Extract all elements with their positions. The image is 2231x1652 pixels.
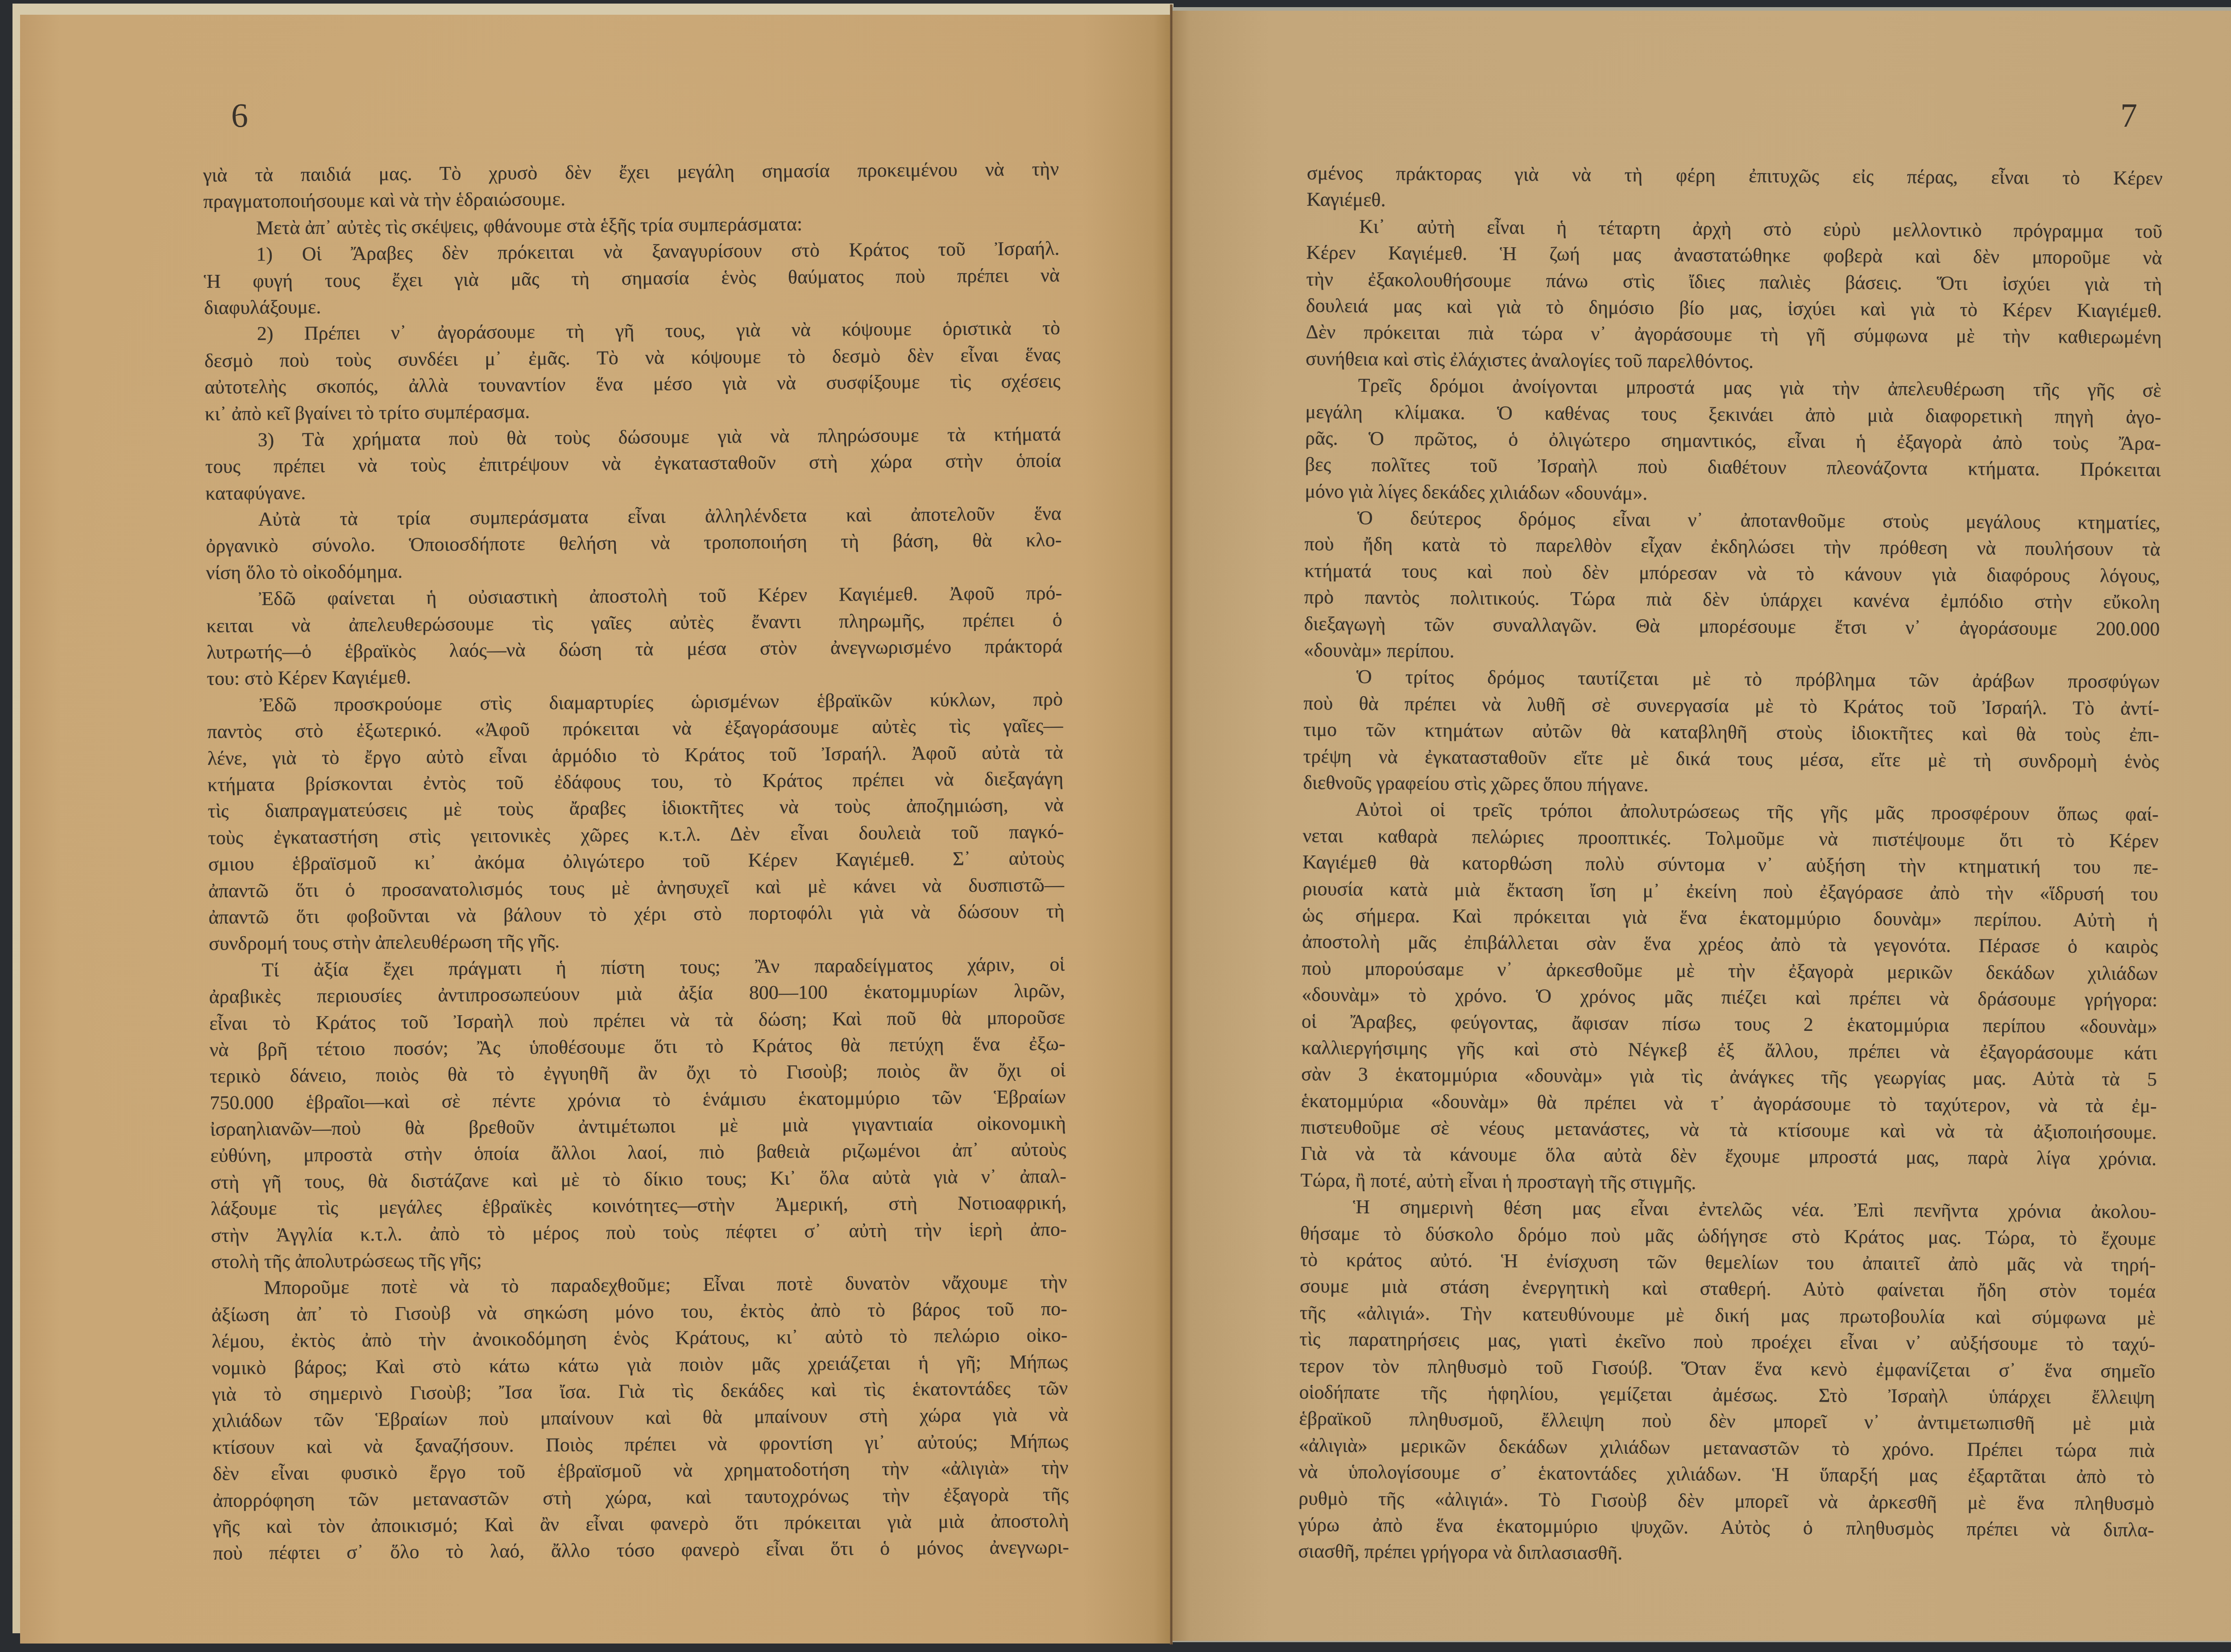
page-left: 6 γιὰ τὰ παιδιά μας. Τὸ χρυσὸ δὲν ἔχει μ… <box>20 15 1172 1644</box>
page-right: 7 σμένος πράκτορας γιὰ νὰ τὴ φέρη ἐπιτυχ… <box>1172 11 2231 1641</box>
book-spine <box>1170 4 1173 1644</box>
page-number: 6 <box>231 99 248 133</box>
text-line: σμένος πράκτορας γιὰ νὰ τὴ φέρη ἐπιτυχῶς… <box>1307 160 2163 191</box>
text-line: σιασθῆ, πρέπει γρήγορα νὰ διπλασιασθῆ. <box>1298 1538 2154 1569</box>
text-body: γιὰ τὰ παιδιά μας. Τὸ χρυσὸ δὲν ἔχει μεγ… <box>203 156 1069 1567</box>
text-body: σμένος πράκτορας γιὰ νὰ τὴ φέρη ἐπιτυχῶς… <box>1298 160 2163 1570</box>
page-number: 7 <box>2120 99 2137 133</box>
text-line: ποὺ πέφτει σ᾿ ὅλο τὸ λαό, ἄλλο τόσο φανε… <box>213 1534 1069 1566</box>
